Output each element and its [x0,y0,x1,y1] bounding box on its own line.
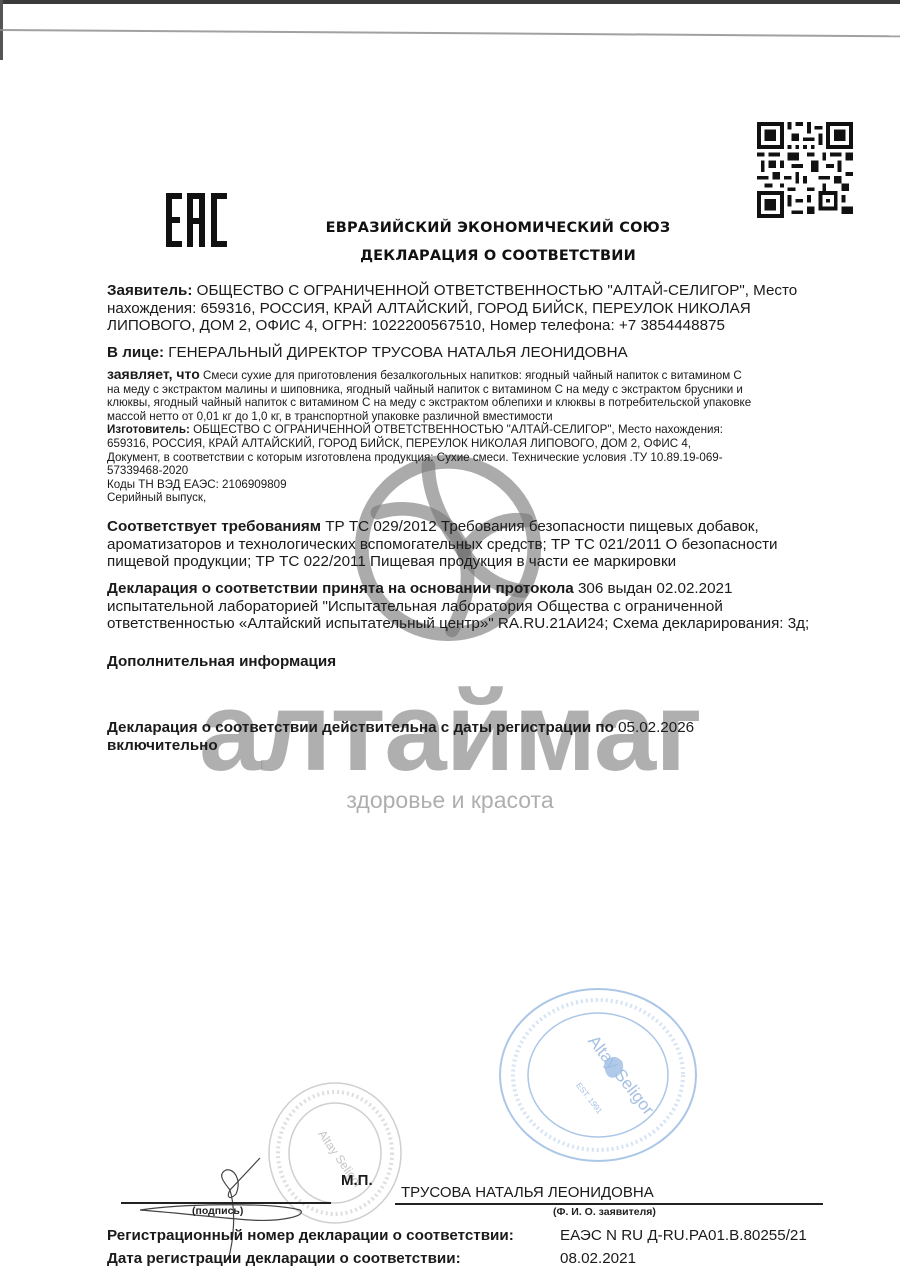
applicant-line: ЛИПОВОГО, ДОМ 2, ОФИС 4, ОГРН: 102220056… [107,317,725,334]
scan-top-edge [0,0,900,4]
manufacturer-line: Документ, в соответствии с которым изгот… [107,451,723,464]
basis-line: 306 выдан 02.02.2021 [574,580,733,597]
basis-line: испытательной лабораторией "Испытательна… [107,598,723,615]
basis-block: Декларация о соответствии принята на осн… [107,580,837,633]
company-seal-stamp: Altay Seligor EST. 1991 [496,985,701,1165]
compliance-block: Соответствует требованиям ТР ТС 029/2012… [107,518,837,571]
additional-info-label: Дополнительная информация [107,653,837,671]
registration-date-value: 08.02.2021 [560,1250,636,1267]
manufacturer-line: ОБЩЕСТВО С ОГРАНИЧЕННОЙ ОТВЕТСТВЕННОСТЬЮ… [190,423,723,436]
basis-line: ответственностью «Алтайский испытательны… [107,615,809,632]
manufacturer-label: Изготовитель: [107,423,190,436]
represented-by-label: В лице: [107,344,164,361]
registration-number-label: Регистрационный номер декларации о соотв… [107,1227,514,1244]
declaration-title: ДЕКЛАРАЦИЯ О СООТВЕТСТВИИ [0,248,900,264]
signature-line [121,1202,331,1204]
serial-release: Серийный выпуск, [107,491,206,504]
registration-number-value: ЕАЭС N RU Д-RU.PA01.B.80255/21 [560,1227,807,1244]
hs-codes: Коды ТН ВЭД ЕАЭС: 2106909809 [107,478,287,491]
watermark-tagline: здоровье и красота [0,786,900,814]
manufacturer-line: 659316, РОССИЯ, КРАЙ АЛТАЙСКИЙ, ГОРОД БИ… [107,437,691,450]
seal-place-mark: М.П. [341,1172,373,1189]
declares-line: клюквы, ягодный чайный напиток с витамин… [107,396,751,409]
compliance-label: Соответствует требованиям [107,518,321,535]
represented-by-value: ГЕНЕРАЛЬНЫЙ ДИРЕКТОР ТРУСОВА НАТАЛЬЯ ЛЕО… [164,344,628,361]
validity-block: Декларация о соответствии действительна … [107,719,837,754]
applicant-block: Заявитель: ОБЩЕСТВО С ОГРАНИЧЕННОЙ ОТВЕТ… [107,282,837,335]
basis-label: Декларация о соответствии принята на осн… [107,580,574,597]
applicant-line: ОБЩЕСТВО С ОГРАНИЧЕННОЙ ОТВЕТСТВЕННОСТЬЮ… [192,282,797,299]
represented-by: В лице: ГЕНЕРАЛЬНЫЙ ДИРЕКТОР ТРУСОВА НАТ… [107,344,837,362]
declares-line: Смеси сухие для приготовления безалкогол… [200,369,742,382]
union-title: ЕВРАЗИЙСКИЙ ЭКОНОМИЧЕСКИЙ СОЮЗ [0,220,900,236]
manufacturer-line: 57339468-2020 [107,464,188,477]
signature-caption: (подпись) [192,1205,243,1217]
name-line [395,1203,823,1205]
compliance-line: ТР ТС 029/2012 Требования безопасности п… [321,518,759,535]
qr-code[interactable] [755,122,855,218]
applicant-label: Заявитель: [107,282,192,299]
validity-label: Декларация о соответствии действительна … [107,719,614,736]
declares-block: заявляет, что Смеси сухие для приготовле… [107,368,837,505]
stamp-est: EST. 1991 [574,1081,604,1116]
declares-line: на меду с экстрактом малины и шиповника,… [107,383,743,396]
validity-suffix: включительно [107,737,218,754]
name-caption: (Ф. И. О. заявителя) [553,1206,656,1218]
scan-artifact-line [0,29,900,37]
applicant-line: нахождения: 659316, РОССИЯ, КРАЙ АЛТАЙСК… [107,300,751,317]
compliance-line: ароматизаторов и технологических вспомог… [107,536,778,553]
declares-label: заявляет, что [107,366,200,382]
compliance-line: пищевой продукции; ТР ТС 022/2011 Пищева… [107,553,676,570]
signer-name: ТРУСОВА НАТАЛЬЯ ЛЕОНИДОВНА [401,1184,654,1201]
validity-date: 05.02.2026 [614,719,694,736]
declares-line: массой нетто от 0,01 кг до 1,0 кг, в тра… [107,410,553,423]
registration-date-label: Дата регистрации декларации о соответств… [107,1250,461,1267]
